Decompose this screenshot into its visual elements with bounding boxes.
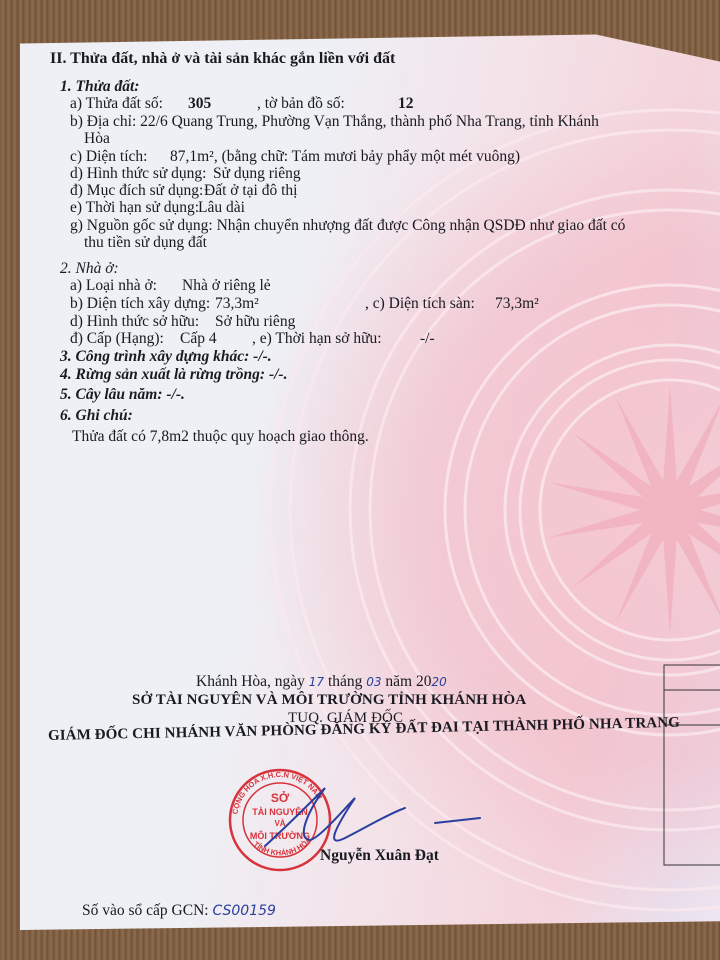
build-area-value: 73,3m²	[215, 295, 259, 313]
purpose-value: Đất ở tại đô thị	[204, 182, 297, 200]
address-label: b) Địa chỉ:	[70, 113, 136, 130]
grade-label: đ) Cấp (Hạng):	[70, 330, 164, 347]
map-number: 12	[398, 95, 414, 113]
address-row: b) Địa chỉ: 22/6 Quang Trung, Phường Vạn…	[70, 113, 599, 131]
month-value: 03	[366, 675, 381, 689]
term-label: e) Thời hạn sử dụng:	[70, 199, 199, 216]
purpose-row: đ) Mục đích sử dụng: Đất ở tại đô thị	[70, 182, 203, 200]
month-label: tháng	[328, 673, 362, 690]
map-label: , tờ bản đồ số:	[257, 95, 345, 113]
origin-value: Nhận chuyển nhượng đất được Công nhận QS…	[217, 217, 626, 234]
grade-row: đ) Cấp (Hạng): Cấp 4 , e) Thời hạn sở hữ…	[70, 330, 164, 348]
house-type-label: a) Loại nhà ở:	[70, 277, 157, 294]
ownership-value: Sở hữu riêng	[215, 313, 295, 331]
perennial: 5. Cây lâu năm: -/-.	[60, 386, 185, 404]
term-row: e) Thời hạn sử dụng: Lâu dài	[70, 199, 199, 217]
parcel-label: a) Thửa đất số:	[70, 95, 163, 112]
use-form-label: d) Hình thức sử dụng:	[70, 165, 207, 182]
use-form-row: d) Hình thức sử dụng: Sử dụng riêng	[70, 165, 207, 183]
section-title: II. Thửa đất, nhà ở và tài sản khác gắn …	[50, 50, 395, 68]
notes-text: Thửa đất có 7,8m2 thuộc quy hoạch giao t…	[72, 428, 369, 446]
ownership-label: d) Hình thức sở hữu:	[70, 313, 199, 330]
svg-text:VÀ: VÀ	[274, 819, 285, 828]
origin-label: g) Nguồn gốc sử dụng:	[70, 217, 213, 234]
use-form-value: Sử dụng riêng	[213, 165, 301, 183]
registry-label: Số vào sổ cấp GCN:	[82, 902, 209, 919]
issuing-org: SỞ TÀI NGUYÊN VÀ MÔI TRƯỜNG TỈNH KHÁNH H…	[132, 692, 526, 709]
place-date: Khánh Hòa, ngày 17 tháng 03 năm 2020	[196, 673, 447, 691]
area-row: c) Diện tích: 87,1m², (bằng chữ: Tám mươ…	[70, 148, 147, 166]
own-term-label: , e) Thời hạn sở hữu:	[252, 330, 382, 348]
place-date-prefix: Khánh Hòa, ngày	[196, 673, 305, 690]
svg-text:TÀI NGUYÊN: TÀI NGUYÊN	[252, 806, 308, 817]
address-line2: Hòa	[84, 130, 110, 148]
other-works: 3. Công trình xây dựng khác: -/-.	[60, 348, 272, 366]
purpose-label: đ) Mục đích sử dụng:	[70, 182, 203, 199]
origin-row: g) Nguồn gốc sử dụng: Nhận chuyển nhượng…	[70, 217, 625, 235]
certificate-page: II. Thửa đất, nhà ở và tài sản khác gắn …	[20, 30, 720, 930]
build-area-label: b) Diện tích xây dựng:	[70, 295, 210, 312]
house-heading: 2. Nhà ở:	[60, 260, 119, 278]
svg-text:SỞ: SỞ	[271, 790, 290, 805]
area-label: c) Diện tích:	[70, 148, 147, 165]
own-term-value: -/-	[420, 330, 435, 348]
term-value: Lâu dài	[198, 199, 245, 217]
house-type-row: a) Loại nhà ở: Nhà ở riêng lẻ	[70, 277, 157, 295]
ownership-row: d) Hình thức sở hữu: Sở hữu riêng	[70, 313, 199, 331]
day-value: 17	[309, 675, 324, 689]
notes-heading: 6. Ghi chú:	[60, 407, 133, 425]
official-stamp: CỘNG HÒA X.H.C.N VIỆT NAM TỈNH KHÁNH HÒA…	[230, 770, 330, 870]
address-value: 22/6 Quang Trung, Phường Vạn Thắng, thàn…	[140, 113, 599, 130]
year-label: năm 20	[385, 673, 431, 690]
parcel-number: 305	[188, 95, 211, 113]
registry-value: CS00159	[212, 903, 275, 919]
floor-area-value: 73,3m²	[495, 295, 539, 313]
house-area-row: b) Diện tích xây dựng: 73,3m² , c) Diện …	[70, 295, 210, 313]
registry-row: Số vào sổ cấp GCN: CS00159	[82, 902, 276, 920]
year-suffix: 20	[431, 675, 446, 689]
parcel-number-row: a) Thửa đất số: 305 , tờ bản đồ số: 12	[70, 95, 163, 113]
floor-area-label: , c) Diện tích sàn:	[365, 295, 475, 313]
house-type-value: Nhà ở riêng lẻ	[182, 277, 271, 295]
forest: 4. Rừng sản xuất là rừng trồng: -/-.	[60, 366, 287, 384]
signer-name: Nguyễn Xuân Đạt	[320, 847, 439, 865]
origin-line2: thu tiền sử dụng đất	[84, 234, 207, 252]
land-heading: 1. Thửa đất:	[60, 78, 139, 96]
grade-value: Cấp 4	[180, 330, 217, 348]
area-value: 87,1m², (bằng chữ: Tám mươi bảy phẩy một…	[170, 148, 520, 166]
